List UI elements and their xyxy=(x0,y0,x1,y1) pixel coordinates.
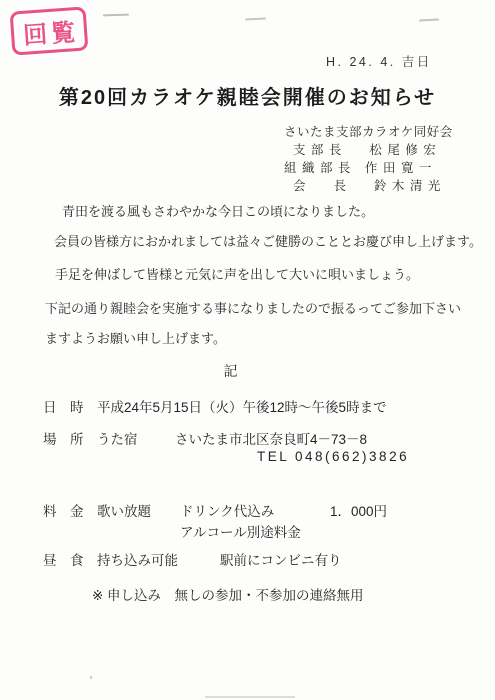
detail-row-lunch: 昼 食 持ち込み可能 駅前にコンビニ有り xyxy=(0,549,495,569)
detail-row-tel: TEL 048(662)3826 xyxy=(0,449,495,469)
place-address: さいたま市北区奈良町4－73－8 xyxy=(175,428,367,448)
circulation-stamp-text: 回覧 xyxy=(22,11,80,50)
officer-line-chairman: 会 長 鈴 木 清 光 xyxy=(284,177,453,195)
place-label: 場 所 xyxy=(43,428,84,448)
scanned-notice-page: 回覧 H. 24. 4. 吉日 第20回カラオケ親睦会開催のお知らせ さいたま支… xyxy=(0,0,495,700)
invitation-paragraph-line2: ますようお願い申し上げます。 xyxy=(45,328,226,347)
lunch-label: 昼 食 xyxy=(43,549,84,569)
scan-artifact-speck xyxy=(90,676,92,679)
lunch-value: 持ち込み可能 xyxy=(97,549,178,569)
document-date: H. 24. 4. 吉日 xyxy=(326,52,432,70)
place-phone: TEL 048(662)3826 xyxy=(257,449,409,464)
fee-plan: 歌い放題 xyxy=(97,500,151,520)
fee-label: 料 金 xyxy=(43,500,84,520)
detail-row-alcohol: アルコール別途料金 xyxy=(0,521,495,541)
invitation-paragraph-line1: 下記の通り親睦会を実施する事になりましたので振るってご参加下さい xyxy=(45,298,461,317)
scan-artifact-dash xyxy=(103,14,129,17)
greeting-paragraph-3: 手足を伸ばして皆様と元気に声を出して大いに唄いましょう。 xyxy=(55,264,419,283)
record-mark: 記 xyxy=(0,361,462,381)
signup-note: ※ 申し込み 無しの参加・不参加の連絡無用 xyxy=(92,584,364,604)
place-venue: うた宿 xyxy=(97,428,138,448)
detail-row-signup-note: ※ 申し込み 無しの参加・不参加の連絡無用 xyxy=(0,584,495,604)
datetime-value: 平成24年5月15日（火）午後12時～午後5時まで xyxy=(97,396,387,416)
circulation-stamp: 回覧 xyxy=(10,6,89,55)
datetime-label: 日 時 xyxy=(43,396,84,416)
detail-row-datetime: 日 時 平成24年5月15日（火）午後12時～午後5時まで xyxy=(0,396,495,416)
fee-alcohol-note: アルコール別途料金 xyxy=(180,521,301,541)
scan-artifact-smudge xyxy=(205,696,295,698)
greeting-paragraph-1: 青田を渡る風もさわやかな今日この頃になりました。 xyxy=(62,201,374,220)
lunch-note: 駅前にコンビニ有り xyxy=(220,549,342,569)
greeting-paragraph-2: 会員の皆様方におかれましては益々ご健勝のこととお慶び申し上げます。 xyxy=(54,231,482,250)
scan-artifact-dash xyxy=(419,18,439,21)
detail-row-fee: 料 金 歌い放題 ドリンク代込み 1．000円 xyxy=(0,500,495,520)
fee-drink-included: ドリンク代込み xyxy=(180,500,274,520)
officer-line-org-manager: 組 織 部 長 作 田 寛 一 xyxy=(284,159,453,177)
officer-line-branch-chief: 支 部 長 松 尾 修 宏 xyxy=(284,141,453,159)
organization-name: さいたま支部カラオケ同好会 xyxy=(284,123,453,141)
detail-row-place: 場 所 うた宿 さいたま市北区奈良町4－73－8 xyxy=(0,428,495,448)
fee-price: 1．000円 xyxy=(330,500,387,520)
scan-artifact-dash xyxy=(245,17,266,20)
document-title: 第20回カラオケ親睦会開催のお知らせ xyxy=(0,81,495,110)
organization-block: さいたま支部カラオケ同好会 支 部 長 松 尾 修 宏 組 織 部 長 作 田 … xyxy=(284,123,453,195)
